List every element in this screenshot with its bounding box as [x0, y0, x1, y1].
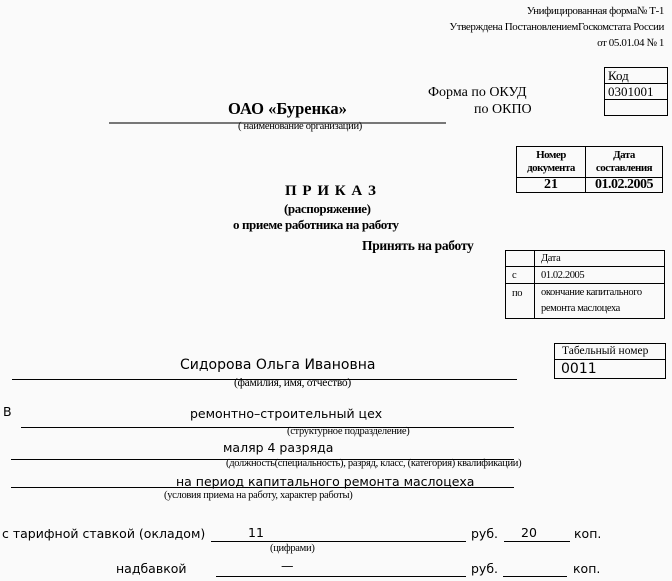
- hire-date-header: Дата: [535, 251, 665, 267]
- form-header-line3: от 05.01.04 № 1: [597, 35, 664, 51]
- code-table: Код 0301001: [604, 67, 668, 116]
- bonus-kop-label: коп.: [573, 561, 600, 576]
- position-caption: (должность(специальность), разряд, класс…: [226, 458, 521, 469]
- organization-caption: ( наименование организации): [238, 121, 362, 132]
- bonus-label: надбавкой: [116, 561, 187, 576]
- hire-to-label: по: [506, 284, 535, 319]
- okud-label: Форма по ОКУД: [428, 85, 527, 101]
- okpo-code: [605, 100, 668, 116]
- bonus-rub-value: —: [281, 558, 294, 573]
- conditions-underline: [11, 487, 514, 488]
- salary-caption: (цифрами): [270, 543, 315, 554]
- salary-kop-value: 20: [521, 525, 537, 540]
- personnel-number-header: Табельный номер: [555, 344, 666, 360]
- position-value: маляр 4 разряда: [223, 440, 333, 455]
- department-underline: [21, 427, 514, 428]
- organization-name: ОАО «Буренка»: [228, 99, 347, 119]
- conditions-caption: (условия приема на работу, характер рабо…: [164, 490, 352, 501]
- salary-kop-label: коп.: [574, 526, 601, 541]
- salary-rub-underline: [211, 541, 466, 542]
- doc-number: 21: [517, 178, 586, 193]
- doc-date: 01.02.2005: [586, 178, 663, 193]
- doc-number-header: Номер документа: [517, 147, 586, 178]
- department-value: ремонтно–строительный цех: [190, 406, 382, 421]
- hire-from-date: 01.02.2005: [535, 267, 665, 284]
- personnel-number-table: Табельный номер 0011: [554, 343, 666, 379]
- bonus-rub-label: руб.: [471, 561, 498, 576]
- hire-period-table: Дата с 01.02.2005 по окончание капитальн…: [505, 250, 665, 319]
- salary-rub-label: руб.: [471, 526, 498, 541]
- salary-kop-underline: [504, 541, 570, 542]
- hire-label: Принять на работу: [362, 238, 473, 254]
- code-header: Код: [605, 68, 668, 84]
- salary-rub-value: 11: [248, 525, 264, 540]
- bonus-rub-underline: [216, 576, 466, 577]
- employee-caption: (фамилия, имя, отчество): [234, 377, 351, 389]
- order-subject: о приеме работника на работу: [233, 217, 399, 233]
- hire-to-value: окончание капитального ремонта маслоцеха: [535, 284, 665, 319]
- form-header-line1: Унифицированная форма№ Т-1: [527, 3, 664, 19]
- order-subtitle: (распоряжение): [284, 201, 371, 217]
- hire-from-label: с: [506, 267, 535, 284]
- employee-name: Сидорова Ольга Ивановна: [180, 357, 375, 373]
- bonus-kop-underline: [503, 576, 567, 577]
- department-prefix: В: [3, 404, 12, 419]
- doc-date-header: Дата составления: [586, 147, 663, 178]
- form-header-line2: Утверждена ПостановлениемГоскомстата Рос…: [449, 19, 664, 35]
- order-title: П Р И К А З: [285, 183, 377, 200]
- personnel-number: 0011: [555, 360, 666, 379]
- okpo-label: по ОКПО: [474, 102, 532, 118]
- department-caption: (структурное подразделение): [287, 426, 409, 437]
- document-table: Номер документа Дата составления 21 01.0…: [516, 146, 663, 193]
- salary-label: с тарифной ставкой (окладом): [2, 526, 205, 541]
- okud-code: 0301001: [605, 84, 668, 100]
